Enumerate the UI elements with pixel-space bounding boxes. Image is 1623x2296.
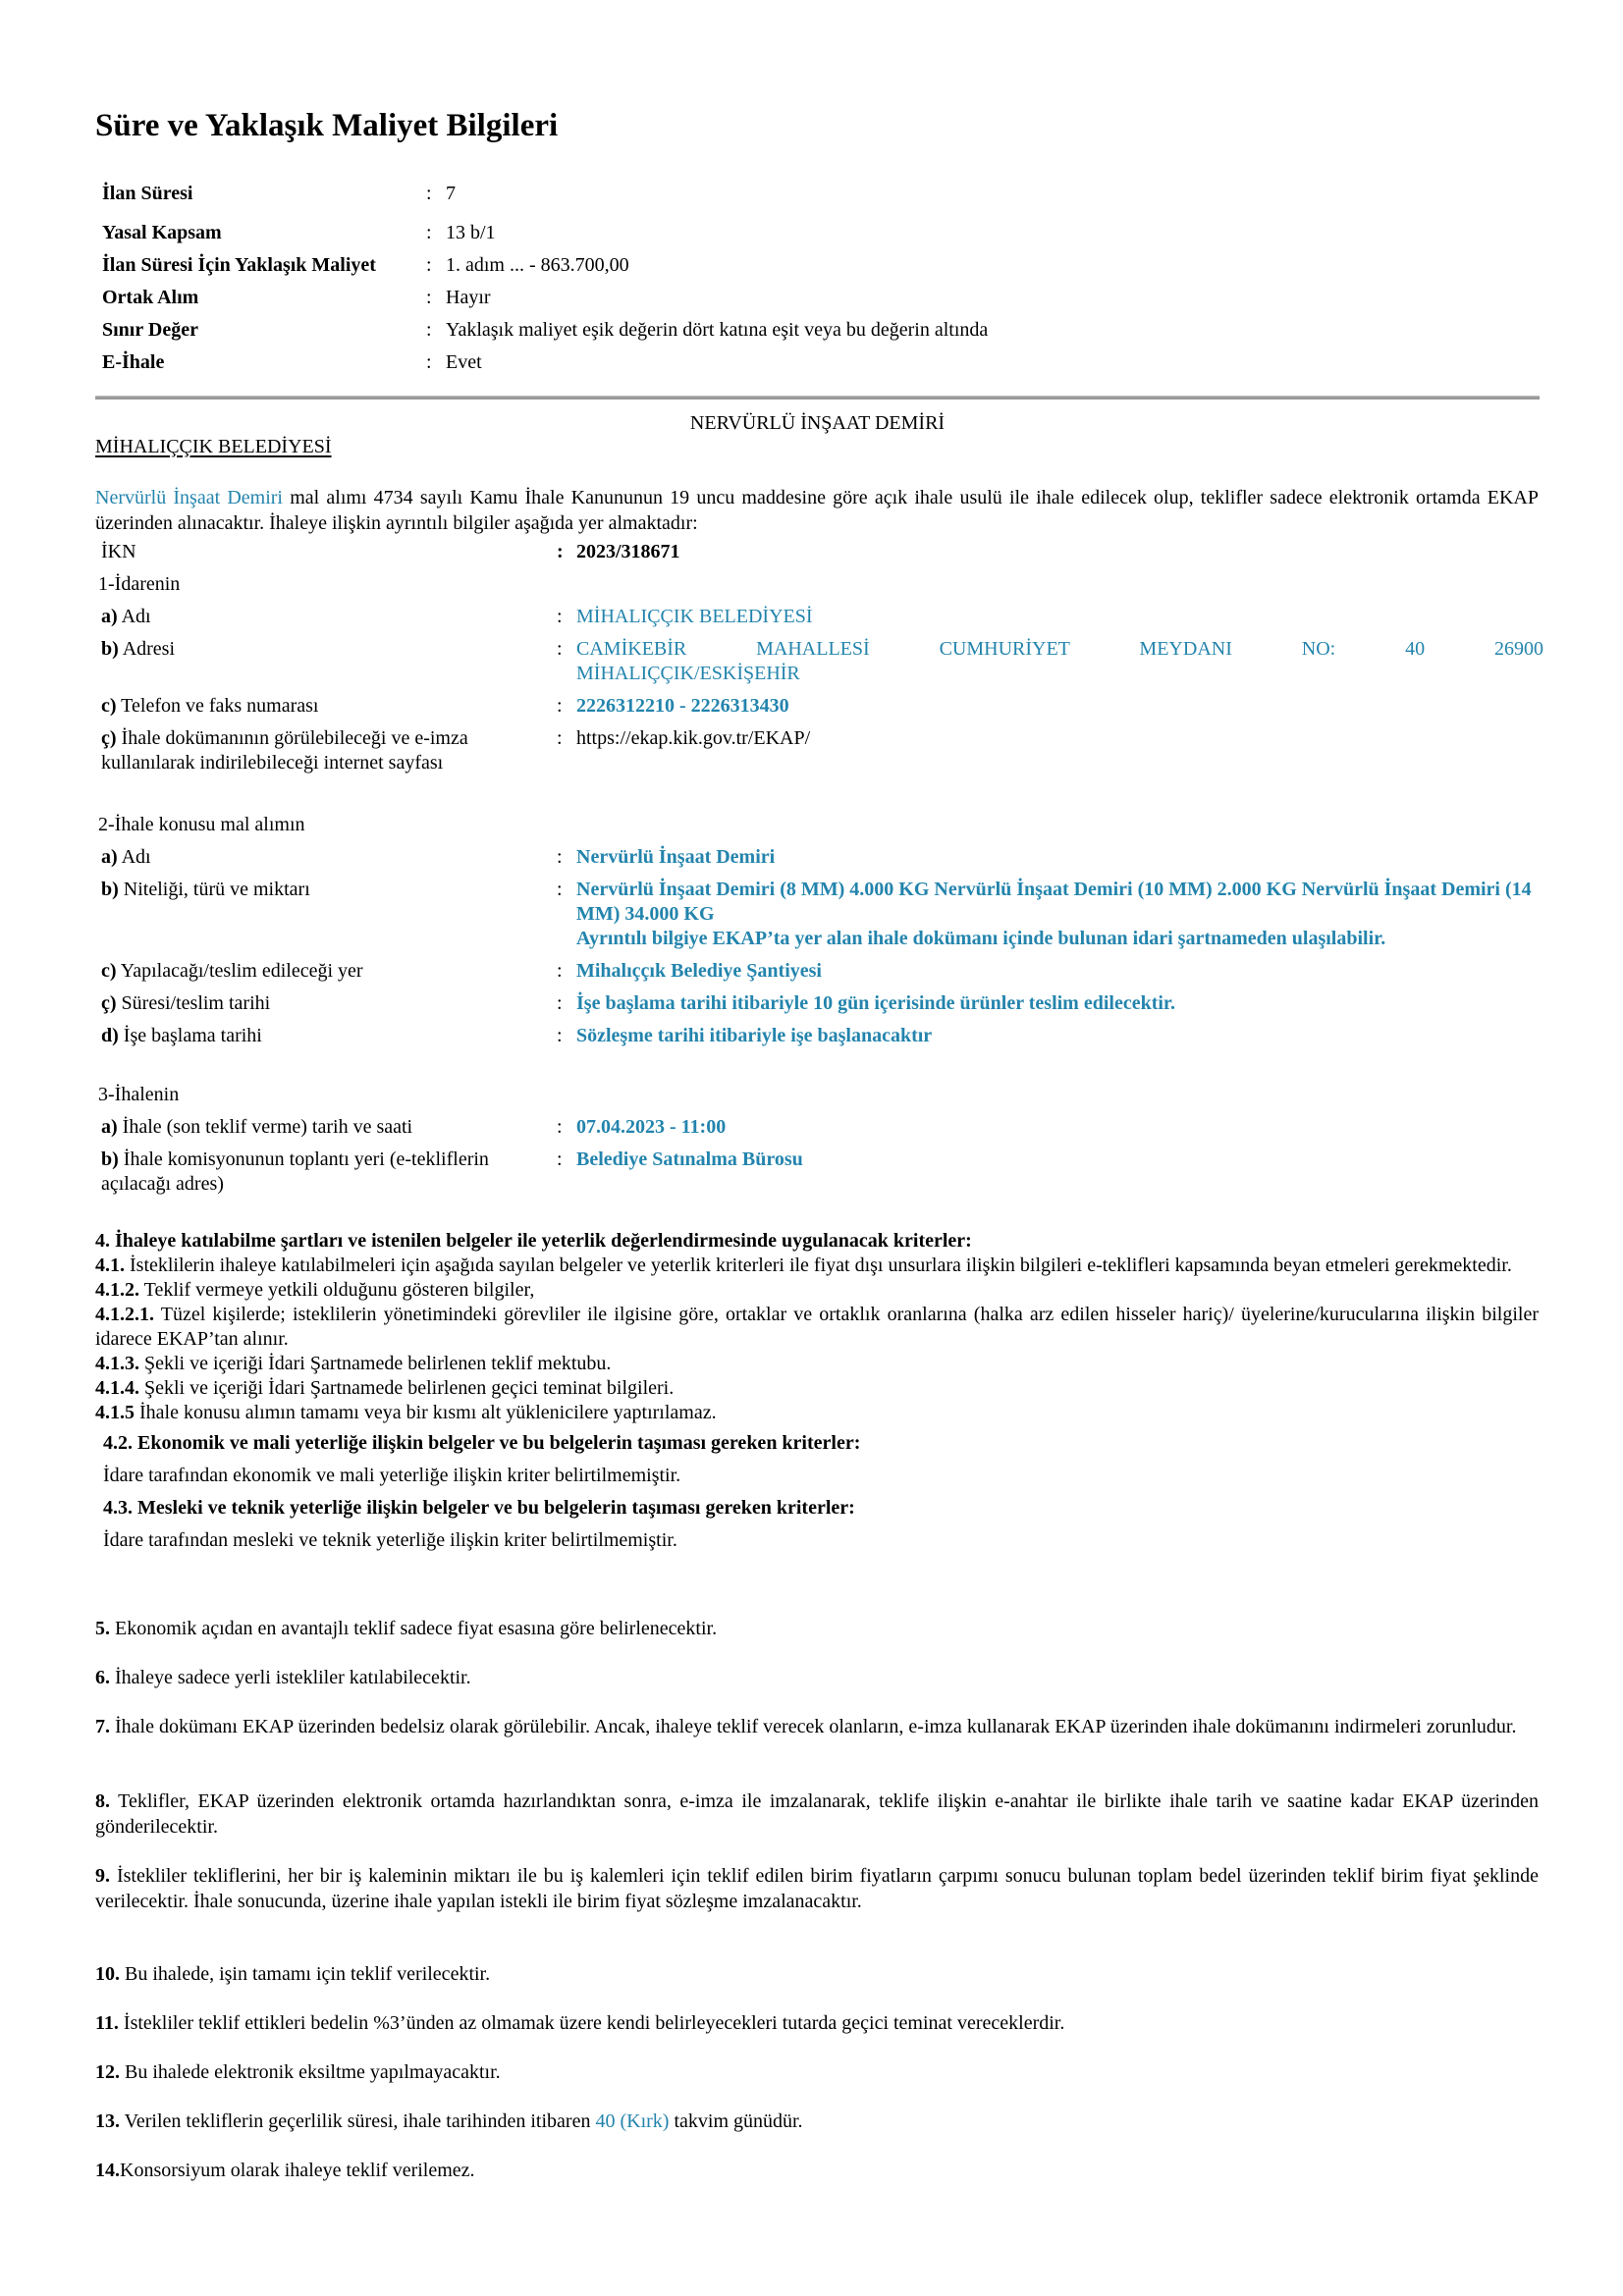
item-label: Adresi (119, 638, 175, 660)
tender-date: 07.04.2023 - 11:00 (576, 1115, 1543, 1140)
kv-row: ç) Süresi/teslim tarihi : İşe başlama ta… (95, 991, 1543, 1016)
item-quantities: Nervürlü İnşaat Demiri (8 MM) 4.000 KG N… (576, 878, 1543, 927)
ekap-link[interactable]: https://ekap.kik.gov.tr/EKAP/ (576, 726, 1543, 775)
colon: : (557, 637, 576, 686)
criteria-heading: 4. İhaleye katılabilme şartları ve isten… (95, 1229, 1539, 1254)
summary-label: Sınır Değer (102, 319, 426, 342)
section-title: 1-İdarenin (95, 572, 1543, 597)
summary-value: Evet (446, 351, 482, 374)
colon: : (426, 351, 446, 374)
point-text: İstekliler teklif ettikleri bedelin %3’ü… (119, 2012, 1064, 2034)
item-number: 4.1.5 (95, 1402, 135, 1423)
criteria-4-2-text: İdare tarafından ekonomik ve mali yeterl… (95, 1464, 1539, 1488)
address-line-1: CAMİKEBİR MAHALLESİ CUMHURİYET MEYDANI N… (576, 637, 1543, 662)
summary-value: Hayır (446, 287, 491, 309)
kv-row: ç) İhale dokümanının görülebileceği ve e… (95, 726, 1543, 775)
point-text: İhaleye sadece yerli istekliler katılabi… (110, 1667, 471, 1688)
kv-row: a) Adı : Nervürlü İnşaat Demiri (95, 845, 1543, 870)
point-text-after: takvim günüdür. (669, 2110, 802, 2132)
colon: : (557, 726, 576, 775)
point-13: 13. Verilen tekliflerin geçerlilik süres… (95, 2109, 1539, 2134)
point-7: 7. İhale dokümanı EKAP üzerinden bedelsi… (95, 1714, 1539, 1739)
item-letter: b) (101, 638, 119, 660)
intro-text: mal alımı 4734 sayılı Kamu İhale Kanunun… (95, 487, 1539, 534)
kv-row: a) Adı : MİHALIÇÇIK BELEDİYESİ (95, 605, 1543, 629)
section-title: 2-İhale konusu mal alımın (95, 813, 1543, 837)
summary-label: Yasal Kapsam (102, 222, 426, 244)
point-text: Konsorsiyum olarak ihaleye teklif verile… (120, 2160, 475, 2181)
kv-label: b) Adresi (95, 637, 557, 686)
item-note: Ayrıntılı bilgiye EKAP’ta yer alan ihale… (576, 927, 1543, 951)
point-text: İhale dokümanı EKAP üzerinden bedelsiz o… (110, 1716, 1516, 1737)
criteria-item: 4.1.2. Teklif vermeye yetkili olduğunu g… (95, 1278, 1539, 1303)
section-idare: İKN : 2023/318671 1-İdarenin a) Adı : Mİ… (95, 540, 1543, 783)
item-label: Telefon ve faks numarası (117, 695, 319, 717)
point-number: 7. (95, 1716, 110, 1737)
criteria-item: 4.1.5 İhale konusu alımın tamamı veya bi… (95, 1401, 1539, 1425)
colon: : (426, 319, 446, 342)
item-label: Süresi/teslim tarihi (117, 992, 271, 1014)
item-label: Yapılacağı/teslim edileceği yer (117, 960, 363, 982)
item-label: İşe başlama tarihi (119, 1025, 262, 1046)
item-label: Adı (118, 846, 151, 868)
kv-row: c) Telefon ve faks numarası : 2226312210… (95, 694, 1543, 719)
item-letter: a) (101, 606, 118, 627)
point-text: Bu ihalede elektronik eksiltme yapılmaya… (120, 2061, 501, 2083)
point-9: 9. İstekliler tekliflerini, her bir iş k… (95, 1863, 1539, 1914)
summary-table: İlan Süresi:7 Yasal Kapsam:13 b/1 İlan S… (102, 183, 988, 384)
point-text: Bu ihalede, işin tamamı için teklif veri… (120, 1963, 490, 1985)
criteria-item: 4.1.4. Şekli ve içeriği İdari Şartnamede… (95, 1376, 1539, 1401)
divider (95, 396, 1540, 400)
point-10: 10. Bu ihalede, işin tamamı için teklif … (95, 1961, 1539, 1987)
summary-value: 7 (446, 183, 456, 205)
criteria-item: 4.1.2.1. Tüzel kişilerde; isteklilerin y… (95, 1303, 1539, 1352)
point-number: 10. (95, 1963, 120, 1985)
item-number: 4.1. (95, 1255, 125, 1276)
kv-value: 2226312210 - 2226313430 (576, 694, 1543, 719)
summary-label: Ortak Alım (102, 287, 426, 309)
colon: : (426, 254, 446, 277)
intro-paragraph: Nervürlü İnşaat Demiri mal alımı 4734 sa… (95, 485, 1539, 536)
point-12: 12. Bu ihalede elektronik eksiltme yapıl… (95, 2059, 1539, 2085)
kv-label: ç) Süresi/teslim tarihi (95, 991, 557, 1016)
ikn-label: İKN (95, 540, 557, 564)
kv-row: b) Niteliği, türü ve miktarı : Nervürlü … (95, 878, 1543, 951)
point-number: 6. (95, 1667, 110, 1688)
item-letter: ç) (101, 727, 117, 749)
item-letter: a) (101, 1116, 118, 1138)
kv-label: ç) İhale dokümanının görülebileceği ve e… (95, 726, 557, 775)
item-text: Teklif vermeye yetkili olduğunu gösteren… (139, 1279, 534, 1301)
kv-row: b) İhale komisyonunun toplantı yeri (e-t… (95, 1148, 1543, 1197)
colon: : (557, 540, 576, 564)
summary-row: İlan Süresi İçin Yaklaşık Maliyet:1. adı… (102, 254, 988, 287)
kv-label: a) İhale (son teklif verme) tarih ve saa… (95, 1115, 557, 1140)
point-6: 6. İhaleye sadece yerli istekliler katıl… (95, 1665, 1539, 1690)
kv-row: b) Adresi : CAMİKEBİR MAHALLESİ CUMHURİY… (95, 637, 1543, 686)
colon: : (557, 605, 576, 629)
item-text: İsteklilerin ihaleye katılabilmeleri içi… (125, 1255, 1512, 1276)
point-number: 12. (95, 2061, 120, 2083)
colon: : (557, 959, 576, 984)
item-label: İhale komisyonunun toplantı yeri (e-tekl… (101, 1148, 489, 1195)
colon: : (426, 183, 446, 205)
kv-row: c) Yapılacağı/teslim edileceği yer : Mih… (95, 959, 1543, 984)
item-letter: d) (101, 1025, 119, 1046)
item-letter: c) (101, 695, 117, 717)
kv-value: Belediye Satınalma Bürosu (576, 1148, 1543, 1197)
page-title: Süre ve Yaklaşık Maliyet Bilgileri (95, 108, 558, 144)
ikn-row: İKN : 2023/318671 (95, 540, 1543, 564)
summary-row: E-İhale:Evet (102, 351, 988, 384)
criteria-section: 4. İhaleye katılabilme şartları ve isten… (95, 1229, 1539, 1561)
point-text: Ekonomik açıdan en avantajlı teklif sade… (110, 1618, 717, 1639)
kv-label: c) Yapılacağı/teslim edileceği yer (95, 959, 557, 984)
item-label: İhale (son teklif verme) tarih ve saati (118, 1116, 412, 1138)
item-label: İhale dokümanının görülebileceği ve e-im… (101, 727, 468, 774)
kv-label: b) İhale komisyonunun toplantı yeri (e-t… (95, 1148, 557, 1197)
kv-value: Mihalıççık Belediye Şantiyesi (576, 959, 1543, 984)
notice-title-text: NERVÜRLÜ İNŞAAT DEMİRİ (690, 412, 945, 434)
notice-title: NERVÜRLÜ İNŞAAT DEMİRİ (0, 412, 1623, 435)
item-label: Adı (118, 606, 151, 627)
point-number: 5. (95, 1618, 110, 1639)
kv-value: Nervürlü İnşaat Demiri (8 MM) 4.000 KG N… (576, 878, 1543, 951)
item-number: 4.1.3. (95, 1353, 139, 1374)
criteria-4-3-heading: 4.3. Mesleki ve teknik yeterliğe ilişkin… (95, 1496, 1539, 1521)
summary-row: İlan Süresi:7 (102, 183, 988, 222)
point-8: 8. Teklifler, EKAP üzerinden elektronik … (95, 1789, 1539, 1840)
item-letter: ç) (101, 992, 117, 1014)
item-label: Niteliği, türü ve miktarı (119, 879, 310, 900)
summary-row: Sınır Değer:Yaklaşık maliyet eşik değeri… (102, 319, 988, 351)
summary-value: 1. adım ... - 863.700,00 (446, 254, 629, 277)
point-14: 14.Konsorsiyum olarak ihaleye teklif ver… (95, 2158, 1539, 2183)
point-11: 11. İstekliler teklif ettikleri bedelin … (95, 2010, 1539, 2036)
colon: : (557, 991, 576, 1016)
point-text: İstekliler tekliflerini, her bir iş kale… (95, 1865, 1539, 1912)
point-5: 5. Ekonomik açıdan en avantajlı teklif s… (95, 1616, 1539, 1641)
point-number: 11. (95, 2012, 119, 2034)
kv-row: d) İşe başlama tarihi : Sözleşme tarihi … (95, 1024, 1543, 1048)
colon: : (557, 694, 576, 719)
colon: : (557, 1115, 576, 1140)
summary-value: Yaklaşık maliyet eşik değerin dört katın… (446, 319, 988, 342)
validity-days: 40 (Kırk) (595, 2110, 669, 2132)
item-text: İhale konusu alımın tamamı veya bir kısm… (135, 1402, 717, 1423)
address-line-2: MİHALIÇÇIK/ESKİŞEHİR (576, 662, 1543, 686)
section-mal-alimi: 2-İhale konusu mal alımın a) Adı : Nervü… (95, 813, 1543, 1056)
summary-value: 13 b/1 (446, 222, 496, 244)
criteria-4-3-text: İdare tarafından mesleki ve teknik yeter… (95, 1528, 1539, 1553)
section-title: 3-İhalenin (95, 1083, 1543, 1107)
colon: : (557, 878, 576, 951)
kv-row: a) İhale (son teklif verme) tarih ve saa… (95, 1115, 1543, 1140)
summary-label: E-İhale (102, 351, 426, 374)
kv-label: a) Adı (95, 605, 557, 629)
item-text: Şekli ve içeriği İdari Şartnamede belirl… (139, 1377, 674, 1399)
item-letter: c) (101, 960, 117, 982)
kv-label: b) Niteliği, türü ve miktarı (95, 878, 557, 951)
intro-highlight: Nervürlü İnşaat Demiri (95, 487, 283, 508)
kv-value: Nervürlü İnşaat Demiri (576, 845, 1543, 870)
kv-label: a) Adı (95, 845, 557, 870)
point-number: 9. (95, 1865, 110, 1887)
item-text: Şekli ve içeriği İdari Şartnamede belirl… (139, 1353, 611, 1374)
kv-value: CAMİKEBİR MAHALLESİ CUMHURİYET MEYDANI N… (576, 637, 1543, 686)
point-number: 14. (95, 2160, 120, 2181)
ikn-value: 2023/318671 (576, 540, 1543, 564)
item-number: 4.1.2. (95, 1279, 139, 1301)
item-letter: b) (101, 879, 119, 900)
point-number: 8. (95, 1790, 110, 1812)
section-ihale: 3-İhalenin a) İhale (son teklif verme) t… (95, 1083, 1543, 1204)
item-text: Tüzel kişilerde; isteklilerin yönetimind… (95, 1304, 1539, 1350)
point-text: Teklifler, EKAP üzerinden elektronik ort… (95, 1790, 1539, 1838)
colon: : (426, 222, 446, 244)
authority-name: MİHALIÇÇIK BELEDİYESİ (95, 436, 332, 458)
criteria-4-2-heading: 4.2. Ekonomik ve mali yeterliğe ilişkin … (95, 1431, 1539, 1456)
colon: : (557, 845, 576, 870)
item-letter: b) (101, 1148, 119, 1170)
criteria-item: 4.1.3. Şekli ve içeriği İdari Şartnamede… (95, 1352, 1539, 1376)
colon: : (426, 287, 446, 309)
item-letter: a) (101, 846, 118, 868)
summary-row: Yasal Kapsam:13 b/1 (102, 222, 988, 254)
kv-value: İşe başlama tarihi itibariyle 10 gün içe… (576, 991, 1543, 1016)
item-number: 4.1.4. (95, 1377, 139, 1399)
colon: : (557, 1024, 576, 1048)
summary-label: İlan Süresi İçin Yaklaşık Maliyet (102, 254, 426, 277)
colon: : (557, 1148, 576, 1197)
criteria-item: 4.1. İsteklilerin ihaleye katılabilmeler… (95, 1254, 1539, 1278)
item-number: 4.1.2.1. (95, 1304, 154, 1325)
summary-row: Ortak Alım:Hayır (102, 287, 988, 319)
kv-value: MİHALIÇÇIK BELEDİYESİ (576, 605, 1543, 629)
point-number: 13. (95, 2110, 120, 2132)
kv-label: c) Telefon ve faks numarası (95, 694, 557, 719)
point-text: Verilen tekliflerin geçerlilik süresi, i… (120, 2110, 595, 2132)
kv-value: Sözleşme tarihi itibariyle işe başlanaca… (576, 1024, 1543, 1048)
kv-label: d) İşe başlama tarihi (95, 1024, 557, 1048)
summary-label: İlan Süresi (102, 183, 426, 205)
